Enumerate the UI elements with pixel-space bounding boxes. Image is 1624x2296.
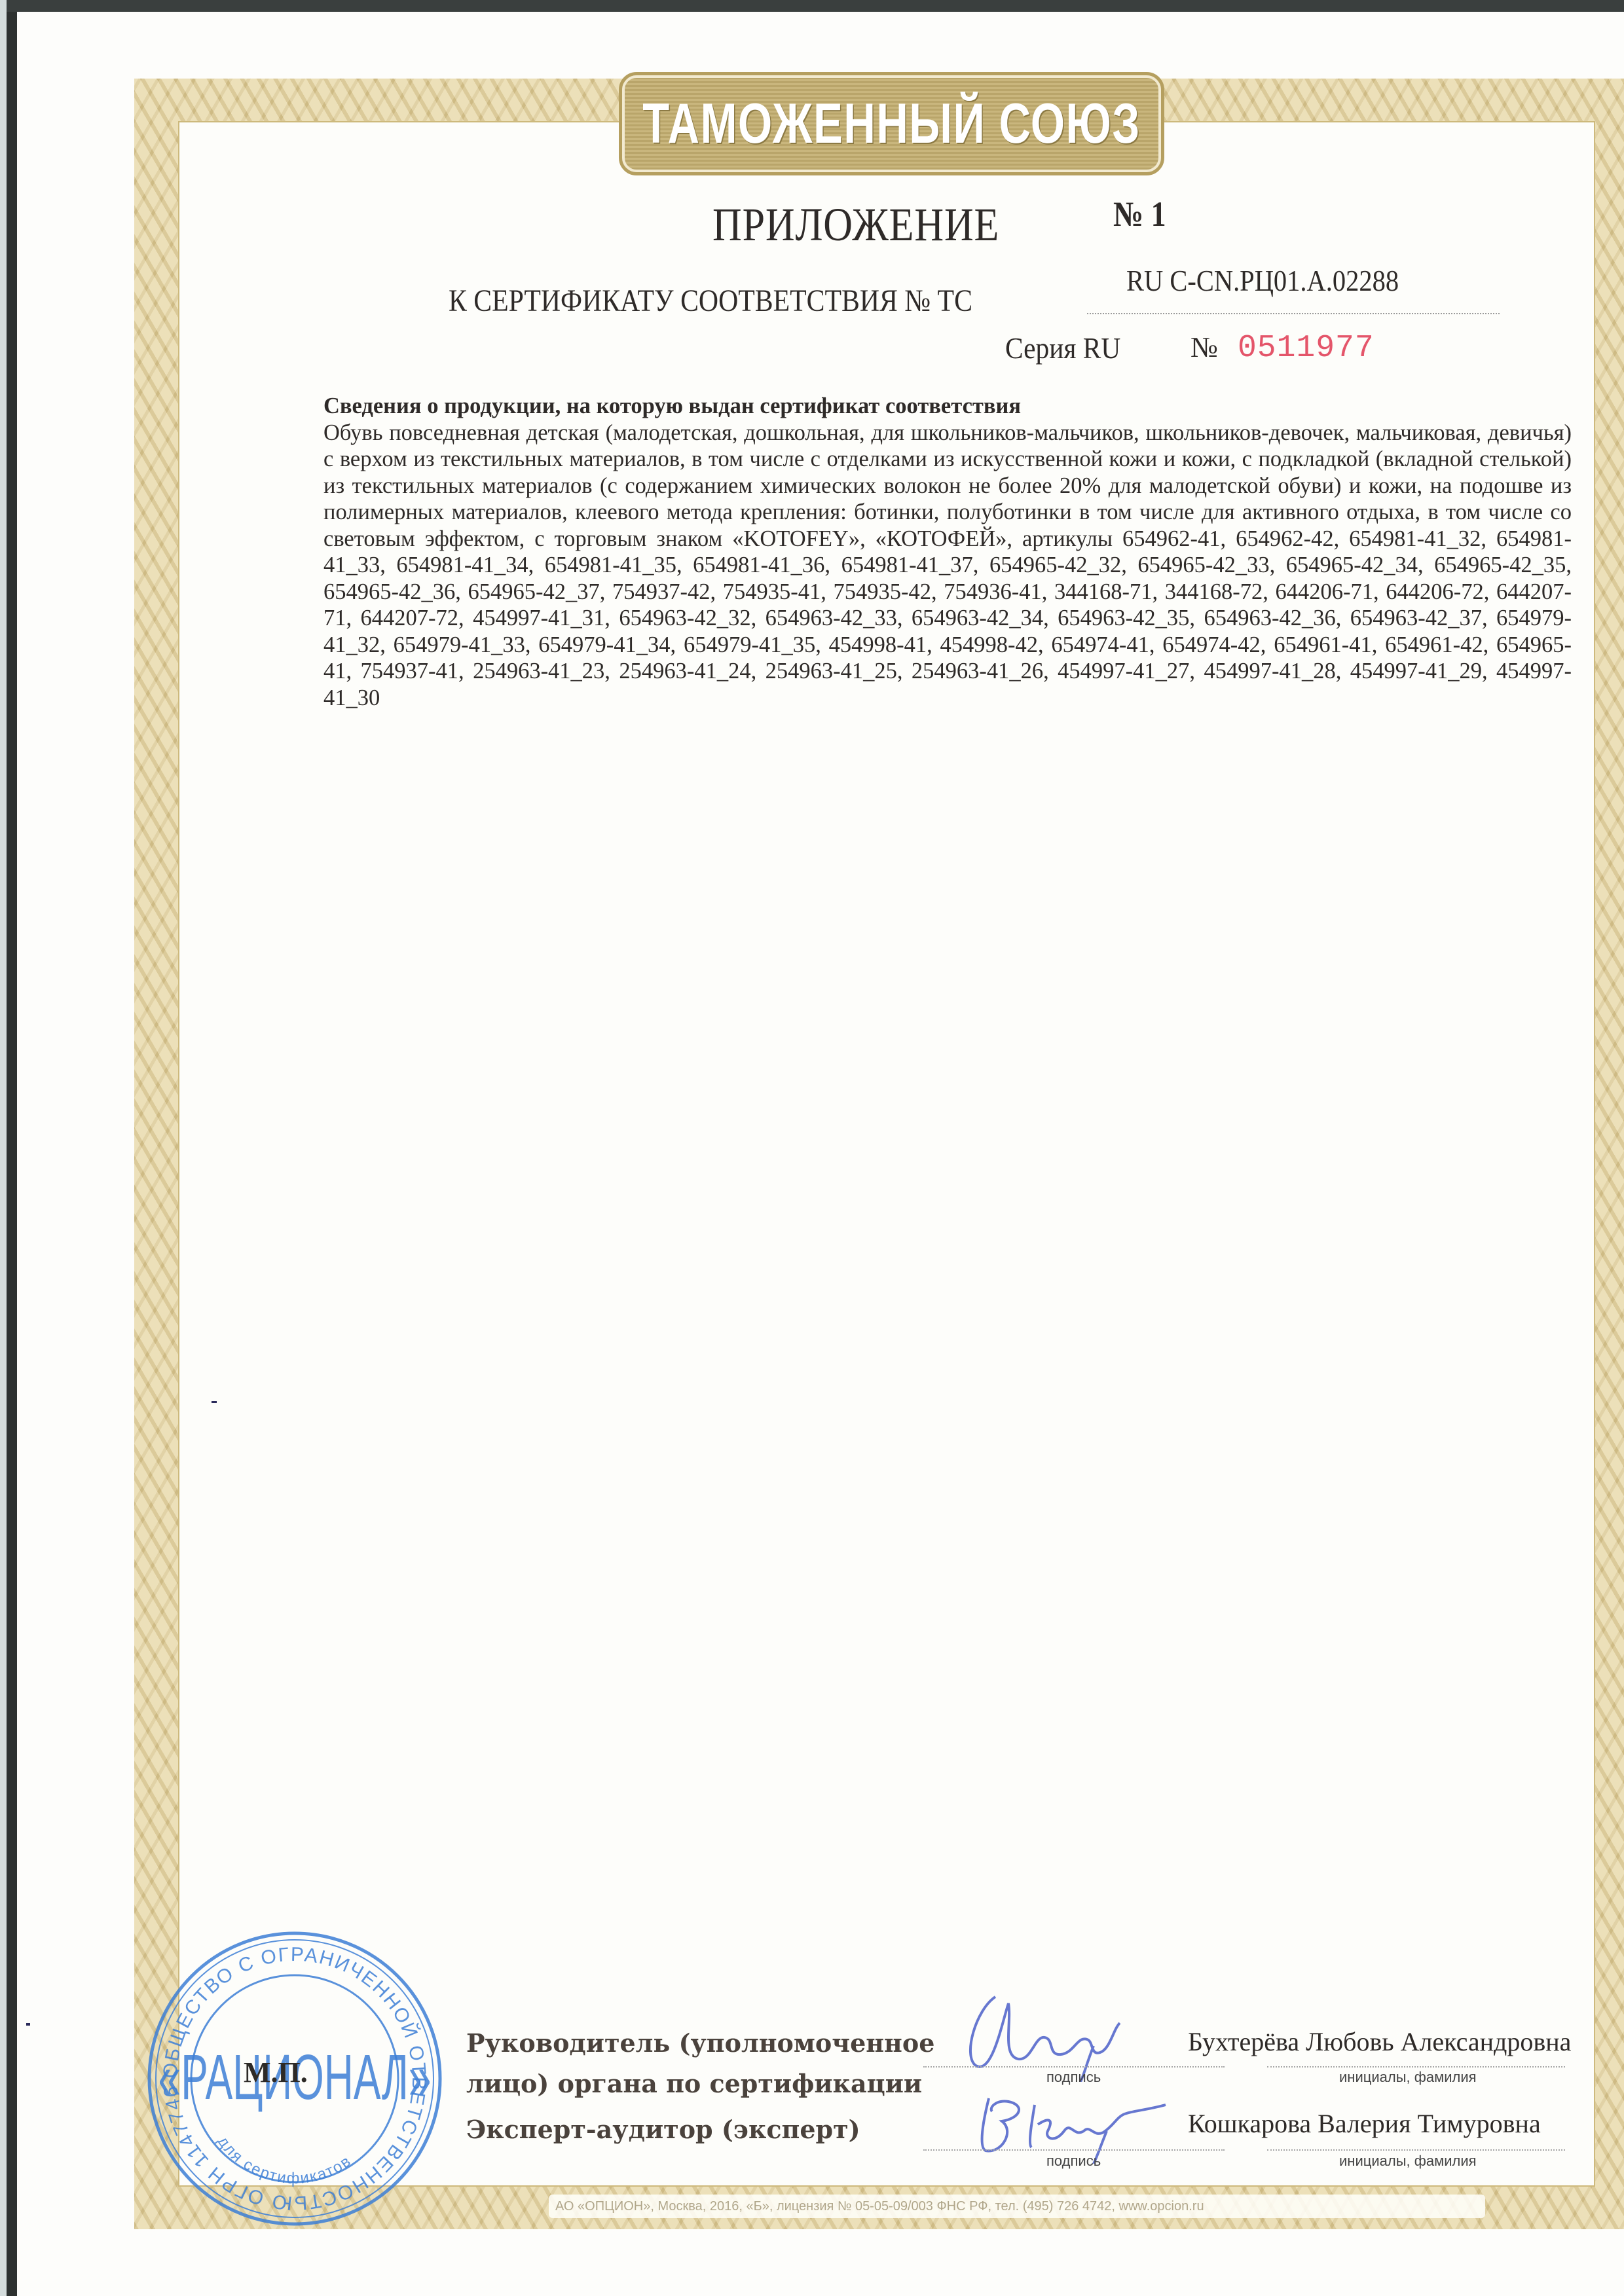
expert-signature: [976, 2085, 1172, 2164]
banner-title: ТАМОЖЕННЫЙ СОЮЗ: [642, 92, 1141, 156]
expert-full-name: Кошкарова Валерия Тимуровна: [1188, 2108, 1541, 2139]
head-name-line: [1267, 2066, 1565, 2068]
appendix-number: № 1: [1113, 194, 1166, 234]
expert-role: Эксперт-аудитор (эксперт): [466, 2115, 860, 2144]
product-info-description: Обувь повседневная детская (малодетская,…: [323, 420, 1572, 712]
expert-signature-caption: подпись: [1046, 2153, 1101, 2170]
expert-name-caption: инициалы, фамилия: [1339, 2153, 1477, 2170]
seal-place-label: М.П.: [244, 2056, 308, 2089]
scan-speck: [212, 1401, 217, 1403]
series-number: 0511977: [1238, 331, 1375, 366]
printer-imprint: АО «ОПЦИОН», Москва, 2016, «Б», лицензия…: [549, 2195, 1485, 2218]
expert-signature-line: [923, 2149, 1225, 2151]
head-signature-line: [923, 2066, 1225, 2068]
product-info-heading: Сведения о продукции, на которую выдан с…: [323, 393, 1572, 420]
series-label: Серия RU: [1005, 331, 1120, 365]
appendix-title: ПРИЛОЖЕНИЕ: [712, 198, 999, 252]
expert-name-line: [1267, 2149, 1565, 2151]
certificate-label: К СЕРТИФИКАТУ СООТВЕТСТВИЯ № ТС: [449, 283, 972, 319]
head-role-line1: Руководитель (уполномоченное: [466, 2028, 934, 2058]
series-number-sign: №: [1190, 331, 1218, 364]
certificate-number-underline: [1087, 313, 1500, 314]
certificate-number: RU C-CN.РЦ01.А.02288: [1126, 263, 1399, 298]
product-info-section: Сведения о продукции, на которую выдан с…: [323, 393, 1572, 711]
head-name-caption: инициалы, фамилия: [1339, 2069, 1477, 2086]
scan-speck: [26, 2023, 30, 2026]
scanner-edge-top: [7, 0, 1624, 12]
customs-union-banner: ТАМОЖЕННЫЙ СОЮЗ: [622, 75, 1161, 172]
scanner-edge-shadow: [7, 0, 17, 2296]
head-full-name: Бухтерёва Любовь Александровна: [1188, 2026, 1571, 2057]
head-signature-caption: подпись: [1046, 2069, 1101, 2086]
head-role-line2: лицо) органа по сертификации: [466, 2069, 922, 2098]
scanner-edge: [0, 0, 7, 2296]
